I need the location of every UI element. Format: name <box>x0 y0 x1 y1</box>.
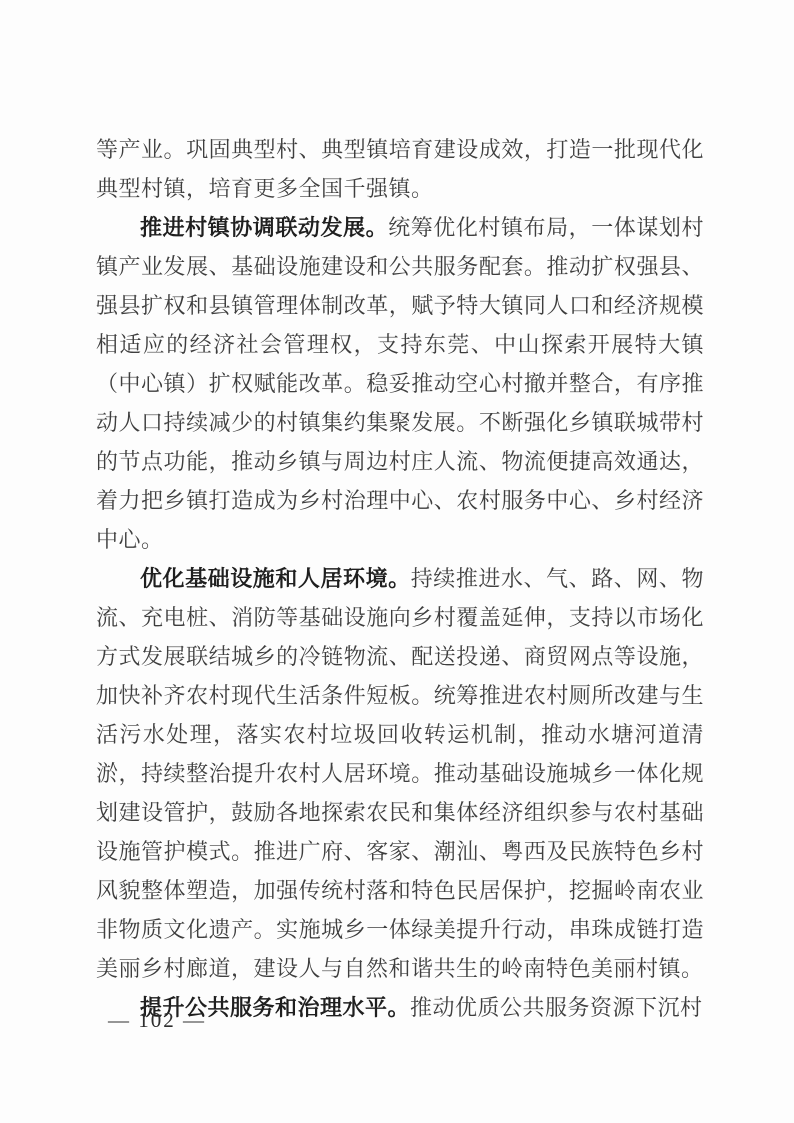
paragraph: 推进村镇协调联动发展。统筹优化村镇布局，一体谋划村镇产业发展、基础设施建设和公共… <box>96 208 704 559</box>
paragraph: 优化基础设施和人居环境。持续推进水、气、路、网、物流、充电桩、消防等基础设施向乡… <box>96 559 704 988</box>
paragraph-body: 持续推进水、气、路、网、物流、充电桩、消防等基础设施向乡村覆盖延伸，支持以市场化… <box>96 566 704 981</box>
text-block: 等产业。巩固典型村、典型镇培育建设成效，打造一批现代化典型村镇，培育更多全国千强… <box>96 130 704 1027</box>
paragraph-body: 统筹优化村镇布局，一体谋划村镇产业发展、基础设施建设和公共服务配套。推动扩权强县… <box>96 215 704 552</box>
document-page: 等产业。巩固典型村、典型镇培育建设成效，打造一批现代化典型村镇，培育更多全国千强… <box>0 0 794 1123</box>
paragraph: 等产业。巩固典型村、典型镇培育建设成效，打造一批现代化典型村镇，培育更多全国千强… <box>96 130 704 208</box>
paragraph-lead: 推进村镇协调联动发展。 <box>140 215 388 240</box>
paragraph-body: 等产业。巩固典型村、典型镇培育建设成效，打造一批现代化典型村镇，培育更多全国千强… <box>96 137 704 201</box>
page-number: — 102 — <box>108 1008 206 1033</box>
paragraph-body: 推动优质公共服务资源下沉村 <box>410 995 703 1020</box>
paragraph-lead: 优化基础设施和人居环境。 <box>140 566 411 591</box>
